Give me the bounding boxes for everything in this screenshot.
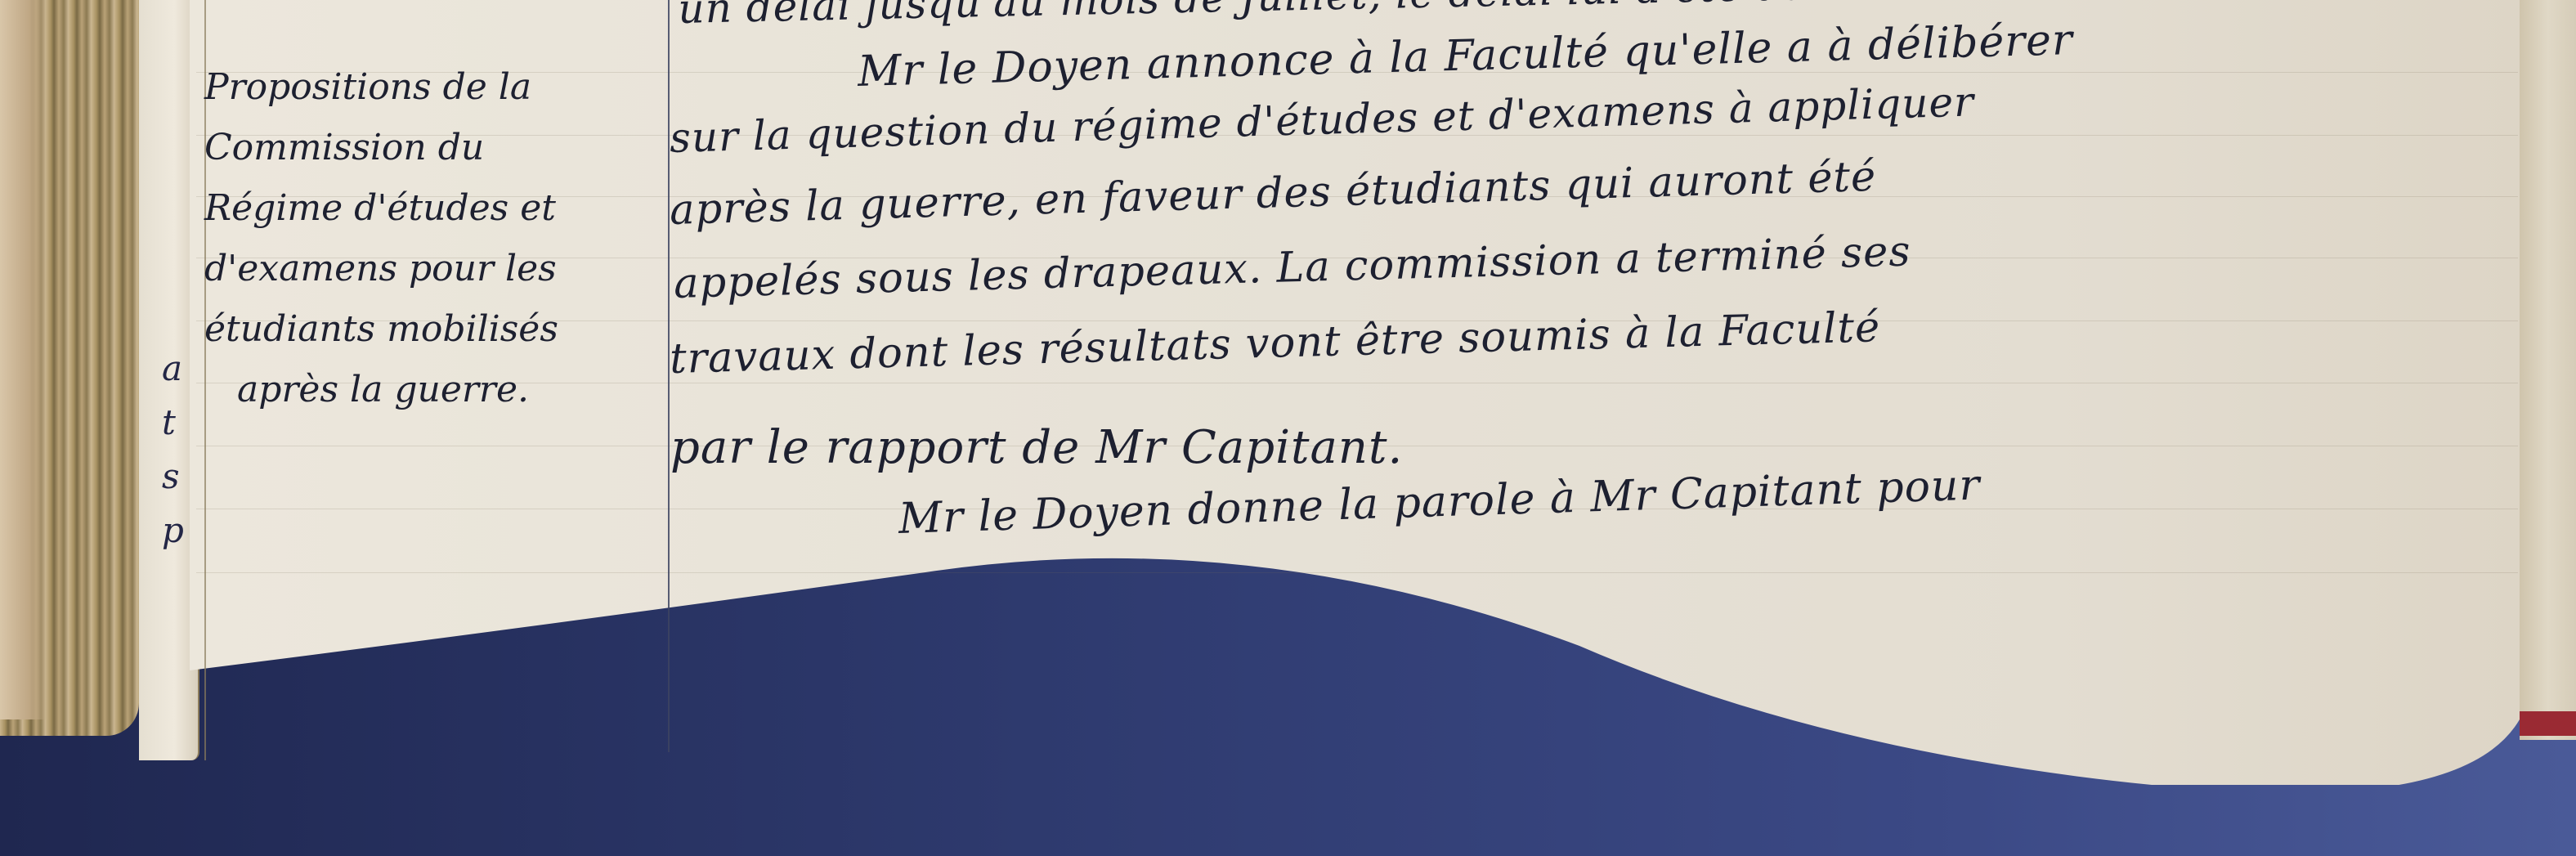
book-binding-page-stack <box>0 0 139 736</box>
margin-column-rule <box>668 0 670 752</box>
binding-shadow <box>0 0 49 719</box>
ruled-line <box>196 572 2518 573</box>
facing-page-letters: a t s p <box>162 342 195 558</box>
margin-line: Propositions de la <box>204 57 662 118</box>
margin-line: étudiants mobilisés <box>204 299 662 360</box>
margin-line: d'examens pour les <box>204 239 662 299</box>
book-right-edge <box>2520 0 2576 740</box>
red-bookmark-tab <box>2520 711 2576 736</box>
facing-letter: t <box>162 396 195 450</box>
facing-letter: p <box>162 504 195 558</box>
facing-letter: s <box>162 450 195 504</box>
facing-letter: a <box>162 342 195 396</box>
body-line: par le rapport de Mr Capitant. <box>670 421 1403 474</box>
margin-line: après la guerre. <box>204 360 662 420</box>
margin-heading: Propositions de la Commission du Régime … <box>204 57 662 420</box>
margin-line: Régime d'études et <box>204 178 662 239</box>
margin-line: Commission du <box>204 118 662 178</box>
